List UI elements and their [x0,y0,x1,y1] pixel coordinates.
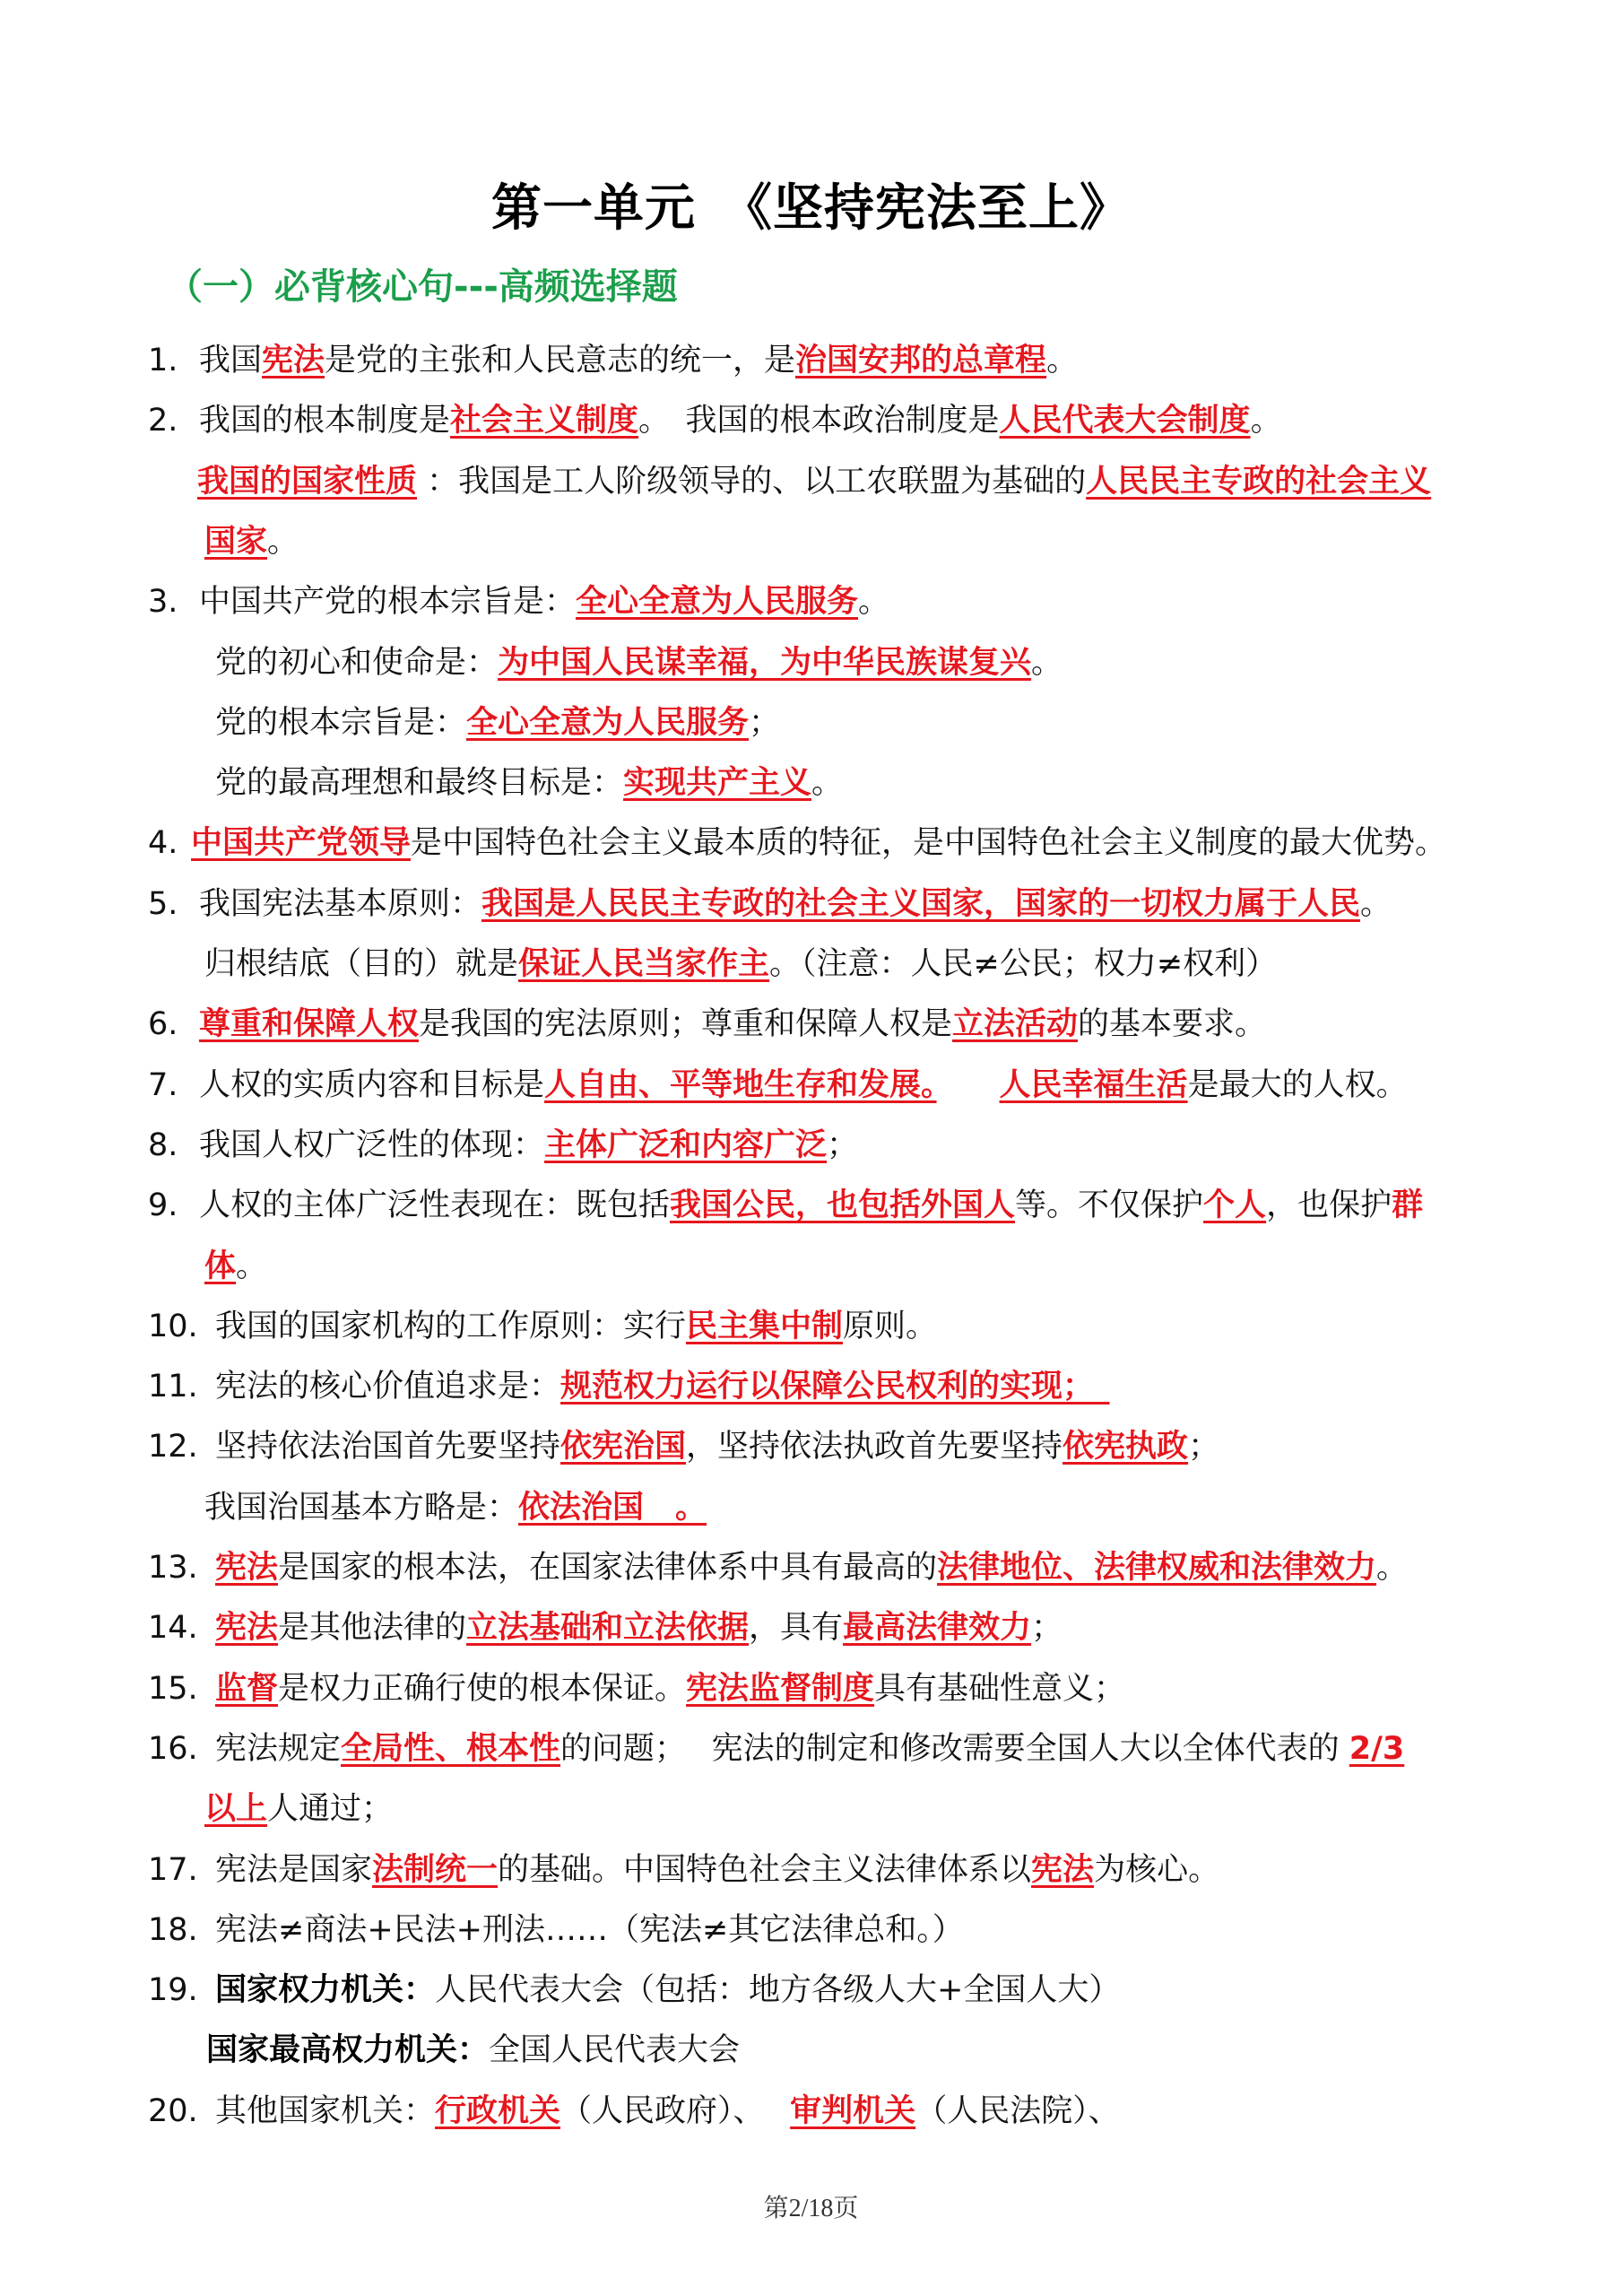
text-segment: 的问题； 宪法的制定和修改需要全国人大以全体代表的 [560,1731,1349,1767]
key-phrase-underlined: 人民民主专政的社会主义 [1086,464,1431,500]
key-phrase-underlined: 保证人民当家作主 [518,946,769,982]
key-phrase-underlined: 全心全意为人民服务 [466,705,749,741]
text-segment: 人通过； [267,1791,393,1827]
list-item-continuation: 国家最高权力机关：全国人民代表大会 [206,2021,740,2081]
key-phrase-underlined: 国家 [204,524,267,560]
list-item: 中国共产党领导是中国特色社会主义最本质的特征，是中国特色社会主义制度的最大优势。 [191,813,1446,874]
key-phrase-underlined: 全局性、根本性 [341,1731,560,1767]
text-segment: 人民代表大会（包括：地方各级人大+全国人大） [435,1972,1120,2008]
item-number: 18. [148,1900,198,1961]
text-segment: 具有基础性意义； [874,1671,1125,1707]
key-phrase-underlined: 全心全意为人民服务 [576,584,858,620]
page-title: 第一单元 《坚持宪法至上》 [0,169,1622,240]
item-number: 5. [148,874,178,935]
key-phrase-underlined: 法制统一 [372,1852,498,1888]
item-number: 7. [148,1056,178,1116]
key-phrase-underlined: 宪法 [1031,1852,1094,1888]
item-number: 14. [148,1598,198,1658]
text-segment: 归根结底（目的）就是 [204,946,518,982]
text-segment: 我国人权广泛性的体现： [199,1127,544,1163]
item-number: 8. [148,1116,178,1176]
text-segment: 。 [811,765,843,801]
list-item: 我国的国家机构的工作原则：实行民主集中制原则。 [215,1297,937,1357]
list-item-continuation: 党的根本宗旨是：全心全意为人民服务； [215,693,780,753]
text-segment: 群 [1392,1187,1423,1223]
key-phrase-underlined: 治国安邦的总章程 [795,343,1046,378]
text-segment: 坚持依法治国首先要坚持 [215,1429,560,1465]
text-segment: 的基础。中国特色社会主义法律体系以 [498,1852,1031,1888]
key-phrase-underlined: 监督 [215,1671,278,1707]
text-segment: 。 [1251,403,1282,439]
key-phrase-underlined: 为中国人民谋幸福，为中华民族谋复兴 [498,645,1031,681]
key-phrase-underlined: 依宪执政 [1063,1429,1188,1465]
list-item: 人权的实质内容和目标是人自由、平等地生存和发展。 人民幸福生活是最大的人权。 [199,1056,1408,1116]
text-segment: 党的初心和使命是： [215,645,498,681]
key-phrase-underlined: 以上 [204,1791,267,1827]
item-number: 2. [148,391,178,451]
list-item: 其他国家机关：行政机关（人民政府）、 审判机关（人民法院）、 [215,2082,1120,2142]
text-segment: 。 [1360,886,1392,922]
item-number: 16. [148,1719,198,1779]
key-phrase-underlined: 人自由、平等地生存和发展。 [544,1067,937,1103]
text-segment: ，坚持依法执政首先要坚持 [686,1429,1063,1465]
key-phrase-underlined: 宪法 [215,1550,278,1586]
text-segment: 是权力正确行使的根本保证。 [278,1671,686,1707]
list-item: 宪法是国家的根本法，在国家法律体系中具有最高的法律地位、法律权威和法律效力。 [215,1538,1408,1598]
page-number: 第2/18页 [0,2188,1622,2224]
key-phrase-underlined: 宪法 [262,343,325,378]
key-phrase-underlined: 个人 [1203,1187,1266,1223]
text-segment [937,1067,1000,1103]
list-item: 宪法规定全局性、根本性的问题； 宪法的制定和修改需要全国人大以全体代表的 2/3 [215,1719,1404,1779]
key-phrase-underlined: 我国的国家性质 [197,464,417,500]
list-item-continuation: 以上人通过； [204,1779,393,1839]
list-item-continuation: 我国的国家性质 ：我国是工人阶级领导的、以工农联盟为基础的人民民主专政的社会主义 [197,452,1431,512]
text-segment: 其他国家机关： [215,2093,435,2129]
list-item: 我国人权广泛性的体现：主体广泛和内容广泛； [199,1116,858,1176]
text-segment: ； [1188,1429,1219,1465]
key-phrase-underlined: 社会主义制度 [450,403,638,439]
text-segment: 是党的主张和人民意志的统一，是 [325,343,795,378]
list-item: 坚持依法治国首先要坚持依宪治国，坚持依法执政首先要坚持依宪执政； [215,1417,1219,1477]
item-number: 17. [148,1840,198,1900]
list-item-continuation: 党的初心和使命是：为中国人民谋幸福，为中华民族谋复兴。 [215,633,1063,693]
key-phrase-underlined: 立法基础和立法依据 [466,1610,749,1646]
text-segment: 。 [1376,1550,1408,1586]
text-segment: 我国 [199,343,262,378]
key-phrase-underlined: 体 [204,1248,236,1284]
list-item-continuation: 归根结底（目的）就是保证人民当家作主。（注意：人民≠公民；权力≠权利） [204,935,1277,995]
key-phrase-underlined: 实现共产主义 [623,765,811,801]
text-segment: 。（注意：人民≠公民；权力≠权利） [769,946,1277,982]
key-phrase-underlined: 尊重和保障人权 [199,1006,419,1042]
key-phrase-underlined: 人民代表大会制度 [1000,403,1251,439]
list-item: 宪法是国家法制统一的基础。中国特色社会主义法律体系以宪法为核心。 [215,1840,1219,1900]
key-phrase-underlined: 宪法监督制度 [686,1671,874,1707]
list-item: 宪法的核心价值追求是：规范权力运行以保障公民权利的实现； [215,1357,1110,1417]
item-number: 12. [148,1417,198,1477]
bold-label: 国家权力机关： [215,1972,435,2008]
bold-label: 国家最高权力机关： [206,2032,489,2068]
list-item-continuation: 我国治国基本方略是：依法治国 。 [204,1478,707,1538]
key-phrase-underlined: 规范权力运行以保障公民权利的实现； [560,1369,1110,1405]
key-phrase-underlined: 法律地位、法律权威和法律效力 [937,1550,1376,1586]
key-phrase-underlined: 依宪治国 [560,1429,686,1465]
text-segment: 人权的实质内容和目标是 [199,1067,544,1103]
key-phrase-underlined: 最高法律效力 [843,1610,1031,1646]
key-phrase-underlined: 立法活动 [952,1006,1078,1042]
text-segment: 为核心。 [1094,1852,1219,1888]
list-item: 人权的主体广泛性表现在：既包括我国公民，也包括外国人等。不仅保护个人，也保护群 [199,1176,1423,1236]
list-item: 中国共产党的根本宗旨是：全心全意为人民服务。 [199,572,889,632]
section-heading: （一）必背核心句---高频选择题 [167,258,678,309]
list-item: 我国的根本制度是社会主义制度。 我国的根本政治制度是人民代表大会制度。 [199,391,1282,451]
text-segment: 等。不仅保护 [1015,1187,1203,1223]
item-number: 9. [148,1176,178,1236]
text-segment: 我国治国基本方略是： [204,1490,518,1526]
text-segment: 。 [267,524,299,560]
item-number: 4. [148,813,178,874]
text-segment: 是最大的人权。 [1188,1067,1408,1103]
text-segment: 。 [236,1248,267,1284]
list-item-continuation: 体。 [204,1237,267,1297]
key-phrase-underlined: 我国公民，也包括外国人 [670,1187,1015,1223]
text-segment: 宪法的核心价值追求是： [215,1369,560,1405]
list-item: 监督是权力正确行使的根本保证。宪法监督制度具有基础性意义； [215,1659,1125,1719]
key-phrase-underlined: 依法治国 。 [518,1490,707,1526]
text-segment: （人民法院）、 [915,2093,1120,2129]
list-item: 宪法是其他法律的立法基础和立法依据，具有最高法律效力； [215,1598,1063,1658]
text-segment: 。 [1031,645,1063,681]
text-segment: 我国的根本制度是 [199,403,450,439]
list-item: 我国宪法基本原则：我国是人民民主专政的社会主义国家，国家的一切权力属于人民。 [199,874,1392,935]
text-segment: 全国人民代表大会 [489,2032,740,2068]
list-item: 尊重和保障人权是我国的宪法原则；尊重和保障人权是立法活动的基本要求。 [199,995,1266,1055]
key-phrase-underlined: 宪法 [215,1610,278,1646]
list-item: 我国宪法是党的主张和人民意志的统一，是治国安邦的总章程。 [199,331,1078,391]
text-segment: ； [1031,1610,1063,1646]
text-segment: （人民政府）、 [560,2093,790,2129]
text-segment: 人权的主体广泛性表现在：既包括 [199,1187,670,1223]
item-number: 1. [148,331,178,391]
text-segment: 宪法≠商法+民法+刑法……（宪法≠其它法律总和。） [215,1912,964,1948]
text-segment: 是中国特色社会主义最本质的特征，是中国特色社会主义制度的最大优势。 [411,825,1446,861]
text-segment: 党的根本宗旨是： [215,705,466,741]
item-number: 13. [148,1538,198,1598]
key-phrase-underlined: 行政机关 [435,2093,560,2129]
list-item: 国家权力机关：人民代表大会（包括：地方各级人大+全国人大） [215,1961,1120,2021]
list-item-continuation: 国家。 [204,512,299,572]
item-number: 20. [148,2082,198,2142]
text-segment: 宪法是国家 [215,1852,372,1888]
text-segment: 。 [1046,343,1078,378]
key-phrase-underlined: 民主集中制 [686,1309,843,1344]
text-segment: 中国共产党的根本宗旨是： [199,584,576,620]
list-item: 宪法≠商法+民法+刑法……（宪法≠其它法律总和。） [215,1900,964,1961]
text-segment: 我国的国家机构的工作原则：实行 [215,1309,686,1344]
item-number: 11. [148,1357,198,1417]
key-phrase-underlined: 审判机关 [790,2093,915,2129]
item-number: 15. [148,1659,198,1719]
text-segment: 是其他法律的 [278,1610,466,1646]
text-segment: 原则。 [843,1309,937,1344]
key-phrase-underlined: 主体广泛和内容广泛 [544,1127,827,1163]
text-segment: ； [827,1127,858,1163]
key-phrase-underlined: 中国共产党领导 [191,825,411,861]
key-phrase-underlined: 人民幸福生活 [1000,1067,1188,1103]
text-segment: 宪法规定 [215,1731,341,1767]
text-segment: ，具有 [749,1610,843,1646]
text-segment: ； [749,705,780,741]
item-number: 6. [148,995,178,1055]
text-segment: 是我国的宪法原则；尊重和保障人权是 [419,1006,952,1042]
text-segment: 。 我国的根本政治制度是 [638,403,1000,439]
text-segment: 。 [858,584,889,620]
list-item-continuation: 党的最高理想和最终目标是：实现共产主义。 [215,753,843,813]
text-segment: ，也保护 [1266,1187,1392,1223]
key-phrase-underlined: 我国是人民民主专政的社会主义国家，国家的一切权力属于人民 [481,886,1360,922]
item-number: 19. [148,1961,198,2021]
key-phrase-underlined: 2/3 [1349,1731,1405,1767]
text-segment: 我国宪法基本原则： [199,886,481,922]
text-segment: 的基本要求。 [1078,1006,1266,1042]
text-segment: 党的最高理想和最终目标是： [215,765,623,801]
text-segment: ：我国是工人阶级领导的、以工农联盟为基础的 [417,464,1086,500]
text-segment: 是国家的根本法，在国家法律体系中具有最高的 [278,1550,937,1586]
item-number: 10. [148,1297,198,1357]
item-number: 3. [148,572,178,632]
